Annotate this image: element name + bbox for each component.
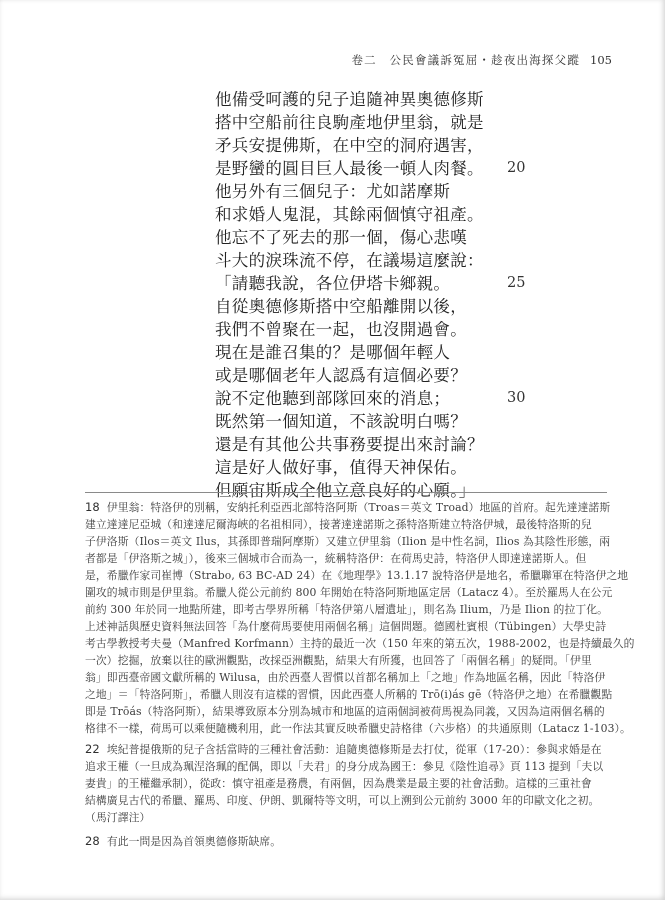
footnote-text: 上述神話與歷史資料無法回答「為什麼荷馬要使用兩個名稱」這個問題。德國杜賓根（Tü… — [85, 620, 606, 633]
footnote-text: 有此一問是因為首領奧德修斯缺席。 — [107, 835, 281, 848]
footnote-number: 22 — [85, 742, 100, 756]
footnote-line: 結構廣見古代的希臘、羅馬、印度、伊朗、凱爾特等文明，可以上溯到公元前約 3000… — [85, 792, 607, 809]
footnote-text: 結構廣見古代的希臘、羅馬、印度、伊朗、凱爾特等文明，可以上溯到公元前約 3000… — [85, 794, 599, 807]
verse-line-text: 還是有其他公共事務要提出來討論？ — [215, 435, 484, 454]
footnote-line: 22埃紀普提俄斯的兒子含括當時的三種社會活動：追隨奧德修斯是去打仗，從軍（17-… — [85, 741, 607, 758]
verse-line: 自從奧德修斯搭中空船離開以後， — [215, 295, 545, 318]
footnote-text: 圍攻的城市則是伊里翁。希臘人從公元前約 800 年開始在特洛阿斯地區定居（Lat… — [85, 586, 612, 599]
footnote-text: 埃紀普提俄斯的兒子含括當時的三種社會活動：追隨奧德修斯是去打仗，從軍（17-20… — [107, 743, 602, 756]
verse-line: 現在是誰召集的？是哪個年輕人 — [215, 341, 545, 364]
verse-line-text: 或是哪個老年人認爲有這個必要？ — [215, 366, 467, 385]
verse-line: 他備受呵護的兒子追隨神異奧德修斯 — [215, 88, 545, 111]
verse-block: 他備受呵護的兒子追隨神異奧德修斯搭中空船前往良駒產地伊里翁，就是矛兵安提佛斯，在… — [215, 88, 545, 502]
footnote-text: 者都是「伊洛斯之城」），後來三個城市合而為一，統稱特洛伊：在荷馬史詩，特洛伊人即… — [85, 552, 586, 565]
footnote-line: 18伊里翁：特洛伊的別稱，安納托利亞西北部特洛阿斯（Troas＝英文 Troad… — [85, 499, 607, 516]
footnote-text: 格律不一樣，荷馬可以乘便隨機利用，此一作法其實反映希臘史詩格律（六步格）的共通原… — [85, 722, 631, 735]
footnote-text: （馬汀譯注） — [85, 811, 150, 824]
verse-line-text: 他另外有三個兒子：尤如諾摩斯 — [215, 182, 450, 201]
verse-line-text: 他備受呵護的兒子追隨神異奧德修斯 — [215, 90, 484, 109]
footnote-line: 子伊洛斯（Ilos＝英文 Ilus，其孫即普瑞阿摩斯）又建立伊里翁（Ilion … — [85, 533, 607, 550]
footnote-line: （馬汀譯注） — [85, 809, 607, 826]
footnote-line: 者都是「伊洛斯之城」），後來三個城市合而為一，統稱特洛伊：在荷馬史詩，特洛伊人即… — [85, 550, 607, 567]
verse-line-text: 他忘不了死去的那一個，傷心悲嘆 — [215, 228, 467, 247]
footnote-text: 之地」＝「特洛阿斯」，希臘人則沒有這樣的習慣，因此西臺人所稱的 Trō(i)ás… — [85, 688, 612, 701]
verse-line-text: 矛兵安提佛斯，在中空的洞府遇害， — [215, 136, 484, 155]
footnote-text: 追求王權（一旦成為珮涅洛珮的配偶，即以「夫君」的身分成為國王：參見《陰性追尋》頁… — [85, 760, 603, 773]
verse-line: 既然第一個知道，不該說明白嗎？ — [215, 410, 545, 433]
footnote-line: 之地」＝「特洛阿斯」，希臘人則沒有這樣的習慣，因此西臺人所稱的 Trō(i)ás… — [85, 686, 607, 703]
footnotes-list: 18伊里翁：特洛伊的別稱，安納托利亞西北部特洛阿斯（Troas＝英文 Troad… — [85, 499, 607, 850]
verse-line-text: 搭中空船前往良駒產地伊里翁，就是 — [215, 113, 484, 132]
footnote-text: 伊里翁：特洛伊的別稱，安納托利亞西北部特洛阿斯（Troas＝英文 Troad）地… — [107, 501, 610, 514]
footnote-text: 翁」即西臺帝國文獻所稱的 Wilusa，由於西臺人習慣以首都名稱加上「之地」作為… — [85, 671, 605, 684]
page-number: 105 — [590, 53, 612, 67]
footnote-text: 子伊洛斯（Ilos＝英文 Ilus，其孫即普瑞阿摩斯）又建立伊里翁（Ilion … — [85, 535, 610, 548]
verse-line: 我們不曾聚在一起，也沒開過會。 — [215, 318, 545, 341]
footnote: 18伊里翁：特洛伊的別稱，安納托利亞西北部特洛阿斯（Troas＝英文 Troad… — [85, 499, 607, 737]
verse-line: 是野蠻的圓目巨人最後一頓人肉餐。20 — [215, 157, 545, 180]
verse-line-number: 25 — [507, 272, 525, 295]
verse-line-number: 30 — [507, 387, 525, 410]
verse-line-text: 自從奧德修斯搭中空船離開以後， — [215, 297, 467, 316]
footnote-line: 格律不一樣，荷馬可以乘便隨機利用，此一作法其實反映希臘史詩格律（六步格）的共通原… — [85, 720, 607, 737]
footnote-text: 前約 300 年於同一地點所建，即考古學界所稱「特洛伊第八層遺址」，則名為 Il… — [85, 603, 608, 616]
footnote: 22埃紀普提俄斯的兒子含括當時的三種社會活動：追隨奧德修斯是去打仗，從軍（17-… — [85, 741, 607, 826]
footnote-line: 翁」即西臺帝國文獻所稱的 Wilusa，由於西臺人習慣以首都名稱加上「之地」作為… — [85, 669, 607, 686]
verse-line-text: 說不定他聽到部隊回來的消息； — [215, 389, 450, 408]
footnotes-section: 18伊里翁：特洛伊的別稱，安納托利亞西北部特洛阿斯（Troas＝英文 Troad… — [85, 492, 607, 854]
chapter-title: 卷二 公民會議訴冤屈・趁夜出海探父蹤 — [351, 53, 580, 67]
verse-line: 還是有其他公共事務要提出來討論？ — [215, 433, 545, 456]
verse-line-text: 是野蠻的圓目巨人最後一頓人肉餐。 — [215, 159, 484, 178]
footnote-number: 28 — [85, 834, 100, 848]
footnote-text: 即是 Trōás（特洛阿斯），結果導致原本分別為城市和地區的這兩個詞被荷馬視為同… — [85, 705, 605, 718]
verse-line-text: 和求婚人鬼混，其餘兩個慎守祖產。 — [215, 205, 484, 224]
verse-line: 或是哪個老年人認爲有這個必要？ — [215, 364, 545, 387]
verse-line-text: 斗大的淚珠流不停，在議場這麼說： — [215, 251, 484, 270]
footnote-line: 上述神話與歷史資料無法回答「為什麼荷馬要使用兩個名稱」這個問題。德國杜賓根（Tü… — [85, 618, 607, 635]
verse-line: 這是好人做好事，值得天神保佑。 — [215, 456, 545, 479]
verse-line-text: 既然第一個知道，不該說明白嗎？ — [215, 412, 467, 431]
verse-line-text: 這是好人做好事，值得天神保佑。 — [215, 458, 467, 477]
footnote-divider — [85, 492, 607, 493]
footnote-number: 18 — [85, 500, 100, 514]
footnote-text: 妻貴」的王權繼承制），從政：慎守祖產是務農，有兩個，因為農業是最主要的社會活動。… — [85, 777, 592, 790]
verse-line-text: 我們不曾聚在一起，也沒開過會。 — [215, 320, 467, 339]
book-page: 卷二 公民會議訴冤屈・趁夜出海探父蹤105 他備受呵護的兒子追隨神異奧德修斯搭中… — [0, 0, 665, 900]
footnote: 28有此一問是因為首領奧德修斯缺席。 — [85, 833, 607, 850]
verse-line-number: 20 — [507, 157, 525, 180]
footnote-line: 一次）挖掘，放棄以往的歐洲觀點，改採亞洲觀點，結果大有所獲，也回答了「兩個名稱」… — [85, 652, 607, 669]
verse-line: 他另外有三個兒子：尤如諾摩斯 — [215, 180, 545, 203]
footnote-text: 建立達達尼亞城（和達達尼爾海峽的名祖相同），接著達達諾斯之孫特洛斯建立特洛伊城，… — [85, 518, 592, 531]
verse-line-text: 「請聽我說，各位伊塔卡鄉親。 — [215, 274, 450, 293]
verse-line: 斗大的淚珠流不停，在議場這麼說： — [215, 249, 545, 272]
footnote-line: 28有此一問是因為首領奧德修斯缺席。 — [85, 833, 607, 850]
verse-line: 說不定他聽到部隊回來的消息；30 — [215, 387, 545, 410]
verse-line: 搭中空船前往良駒產地伊里翁，就是 — [215, 111, 545, 134]
footnote-line: 是，希臘作家司崔博（Strabo, 63 BC-AD 24）在《地理學》13.1… — [85, 567, 607, 584]
footnote-line: 妻貴」的王權繼承制），從政：慎守祖產是務農，有兩個，因為農業是最主要的社會活動。… — [85, 775, 607, 792]
footnote-text: 一次）挖掘，放棄以往的歐洲觀點，改採亞洲觀點，結果大有所獲，也回答了「兩個名稱」… — [85, 654, 592, 667]
footnote-line: 考古學教授考夫曼（Manfred Korfmann）主持的最近一次（150 年來… — [85, 635, 607, 652]
verse-line: 和求婚人鬼混，其餘兩個慎守祖產。 — [215, 203, 545, 226]
footnote-line: 建立達達尼亞城（和達達尼爾海峽的名祖相同），接著達達諾斯之孫特洛斯建立特洛伊城，… — [85, 516, 607, 533]
footnote-line: 追求王權（一旦成為珮涅洛珮的配偶，即以「夫君」的身分成為國王：參見《陰性追尋》頁… — [85, 758, 607, 775]
verse-line: 「請聽我說，各位伊塔卡鄉親。25 — [215, 272, 545, 295]
footnote-text: 是，希臘作家司崔博（Strabo, 63 BC-AD 24）在《地理學》13.1… — [85, 569, 628, 582]
footnote-line: 圍攻的城市則是伊里翁。希臘人從公元前約 800 年開始在特洛阿斯地區定居（Lat… — [85, 584, 607, 601]
footnote-text: 考古學教授考夫曼（Manfred Korfmann）主持的最近一次（150 年來… — [85, 637, 635, 650]
verse-line-text: 現在是誰召集的？是哪個年輕人 — [215, 343, 450, 362]
footnote-line: 前約 300 年於同一地點所建，即考古學界所稱「特洛伊第八層遺址」，則名為 Il… — [85, 601, 607, 618]
running-header: 卷二 公民會議訴冤屈・趁夜出海探父蹤105 — [351, 52, 612, 68]
verse-line: 矛兵安提佛斯，在中空的洞府遇害， — [215, 134, 545, 157]
footnote-line: 即是 Trōás（特洛阿斯），結果導致原本分別為城市和地區的這兩個詞被荷馬視為同… — [85, 703, 607, 720]
verse-line: 他忘不了死去的那一個，傷心悲嘆 — [215, 226, 545, 249]
